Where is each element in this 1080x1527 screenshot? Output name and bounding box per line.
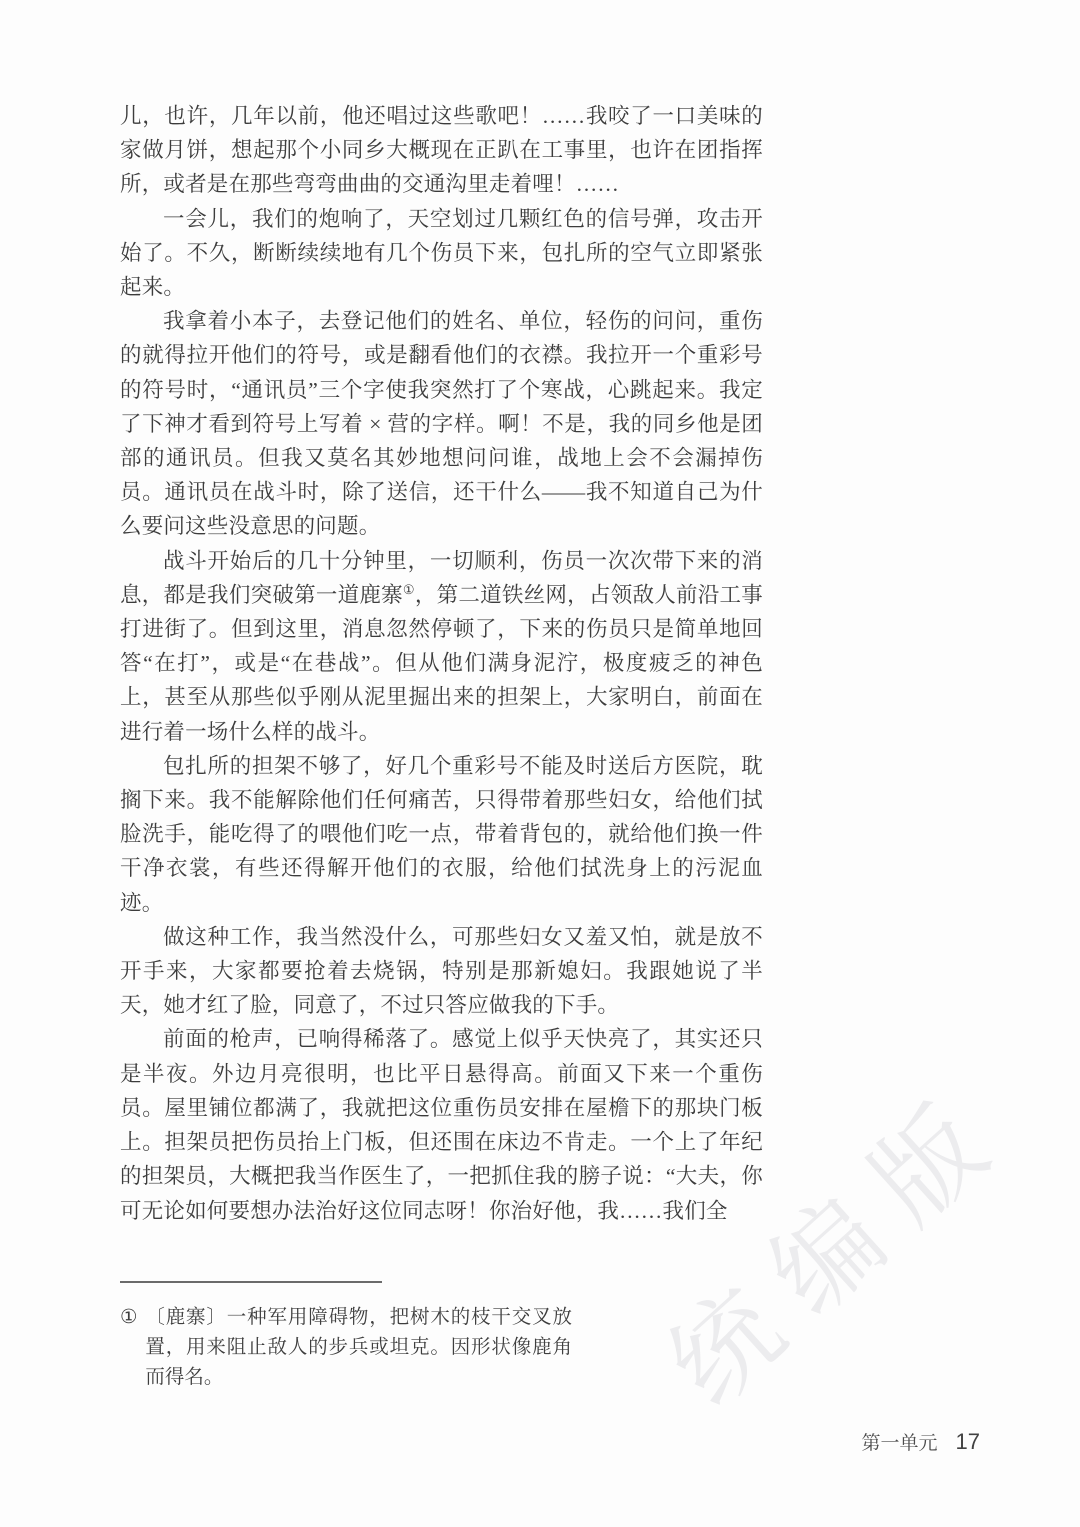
- paragraph: 做这种工作，我当然没什么，可那些妇女又羞又怕，就是放不开手来，大家都要抢着去烧锅…: [120, 920, 763, 1023]
- footnote-reference: ①: [403, 582, 415, 597]
- paragraph: 包扎所的担架不够了，好几个重彩号不能及时送后方医院，耽搁下来。我不能解除他们任何…: [120, 749, 763, 920]
- paragraph: 我拿着小本子，去登记他们的姓名、单位，轻伤的问问，重伤的就得拉开他们的符号，或是…: [120, 304, 763, 543]
- footnote-text: 〔鹿寨〕一种军用障碍物，把树木的枝干交叉放置，用来阻止敌人的步兵或坦克。因形状像…: [145, 1303, 572, 1393]
- footnote-marker: ①: [120, 1303, 145, 1393]
- footnote-divider: [120, 1281, 382, 1283]
- footnote-block: ① 〔鹿寨〕一种军用障碍物，把树木的枝干交叉放置，用来阻止敌人的步兵或坦克。因形…: [120, 1281, 580, 1393]
- page-footer: 第一单元 17: [862, 1428, 981, 1455]
- paragraph: 儿，也许，几年以前，他还唱过这些歌吧！……我咬了一口美味的家做月饼，想起那个小同…: [120, 99, 763, 202]
- footnote-term: 〔鹿寨〕: [145, 1307, 226, 1328]
- paragraph: 战斗开始后的几十分钟里，一切顺利，伤员一次次带下来的消息，都是我们突破第一道鹿寨…: [120, 544, 763, 749]
- textbook-page: 儿，也许，几年以前，他还唱过这些歌吧！……我咬了一口美味的家做月饼，想起那个小同…: [0, 0, 1080, 1527]
- page-number: 17: [956, 1429, 980, 1455]
- paragraph: 一会儿，我们的炮响了，天空划过几颗红色的信号弹，攻击开始了。不久，断断续续地有几…: [120, 202, 763, 305]
- footnote: ① 〔鹿寨〕一种军用障碍物，把树木的枝干交叉放置，用来阻止敌人的步兵或坦克。因形…: [120, 1303, 572, 1393]
- paragraph: 前面的枪声，已响得稀落了。感觉上似乎天快亮了，其实还只是半夜。外边月亮很明，也比…: [120, 1022, 763, 1227]
- body-text: 儿，也许，几年以前，他还唱过这些歌吧！……我咬了一口美味的家做月饼，想起那个小同…: [120, 99, 763, 1228]
- unit-label: 第一单元: [862, 1428, 938, 1455]
